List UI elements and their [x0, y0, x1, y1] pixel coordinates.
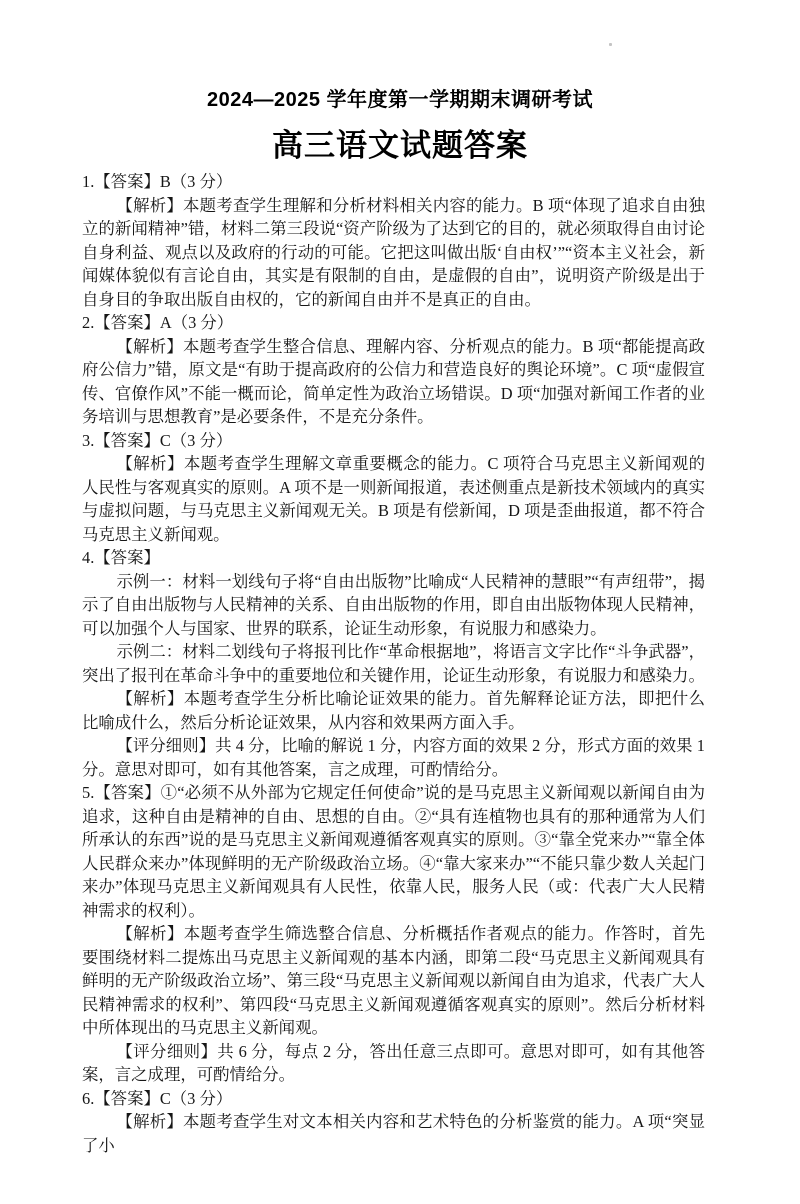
- scan-artifact-dot: [609, 43, 612, 46]
- q3-analysis-paragraph: 【解析】本题考查学生理解文章重要概念的能力。C 项符合马克思主义新闻观的人民性与…: [82, 452, 705, 546]
- document-page: 2024—2025 学年度第一学期期末调研考试 高三语文试题答案 1.【答案】B…: [0, 0, 800, 1204]
- q2-answer-line: 2.【答案】A（3 分）: [82, 311, 705, 335]
- q3-answer-line: 3.【答案】C（3 分）: [82, 429, 705, 453]
- q1-analysis-paragraph: 【解析】本题考查学生理解和分析材料相关内容的能力。B 项“体现了追求自由独立的新…: [82, 194, 705, 312]
- q4-scoring-paragraph: 【评分细则】共 4 分，比喻的解说 1 分，内容方面的效果 2 分，形式方面的效…: [82, 734, 705, 781]
- page-title: 高三语文试题答案: [0, 128, 800, 163]
- q5-scoring-paragraph: 【评分细则】共 6 分，每点 2 分，答出任意三点即可。意思对即可，如有其他答案…: [82, 1040, 705, 1087]
- exam-session-subtitle: 2024—2025 学年度第一学期期末调研考试: [0, 0, 800, 112]
- answer-key-body: 1.【答案】B（3 分） 【解析】本题考查学生理解和分析材料相关内容的能力。B …: [82, 170, 705, 1157]
- q4-answer-line: 4.【答案】: [82, 546, 705, 570]
- q2-analysis-paragraph: 【解析】本题考查学生整合信息、理解内容、分析观点的能力。B 项“都能提高政府公信…: [82, 335, 705, 429]
- q4-example2-paragraph: 示例二：材料二划线句子将报刊比作“革命根据地”，将语言文字比作“斗争武器”，突出…: [82, 640, 705, 687]
- q4-analysis-paragraph: 【解析】本题考查学生分析比喻论证效果的能力。首先解释论证方法，即把什么比喻成什么…: [82, 687, 705, 734]
- q5-analysis-paragraph: 【解析】本题考查学生筛选整合信息、分析概括作者观点的能力。作答时，首先要围绕材料…: [82, 922, 705, 1040]
- q5-answer-paragraph: 5.【答案】①“必须不从外部为它规定任何使命”说的是马克思主义新闻观以新闻自由为…: [82, 781, 705, 922]
- q4-example1-paragraph: 示例一：材料一划线句子将“自由出版物”比喻成“人民精神的慧眼”“有声纽带”，揭示…: [82, 570, 705, 641]
- q6-answer-line: 6.【答案】C（3 分）: [82, 1087, 705, 1111]
- q1-answer-line: 1.【答案】B（3 分）: [82, 170, 705, 194]
- q6-analysis-paragraph: 【解析】本题考查学生对文本相关内容和艺术特色的分析鉴赏的能力。A 项“突显了小: [82, 1110, 705, 1157]
